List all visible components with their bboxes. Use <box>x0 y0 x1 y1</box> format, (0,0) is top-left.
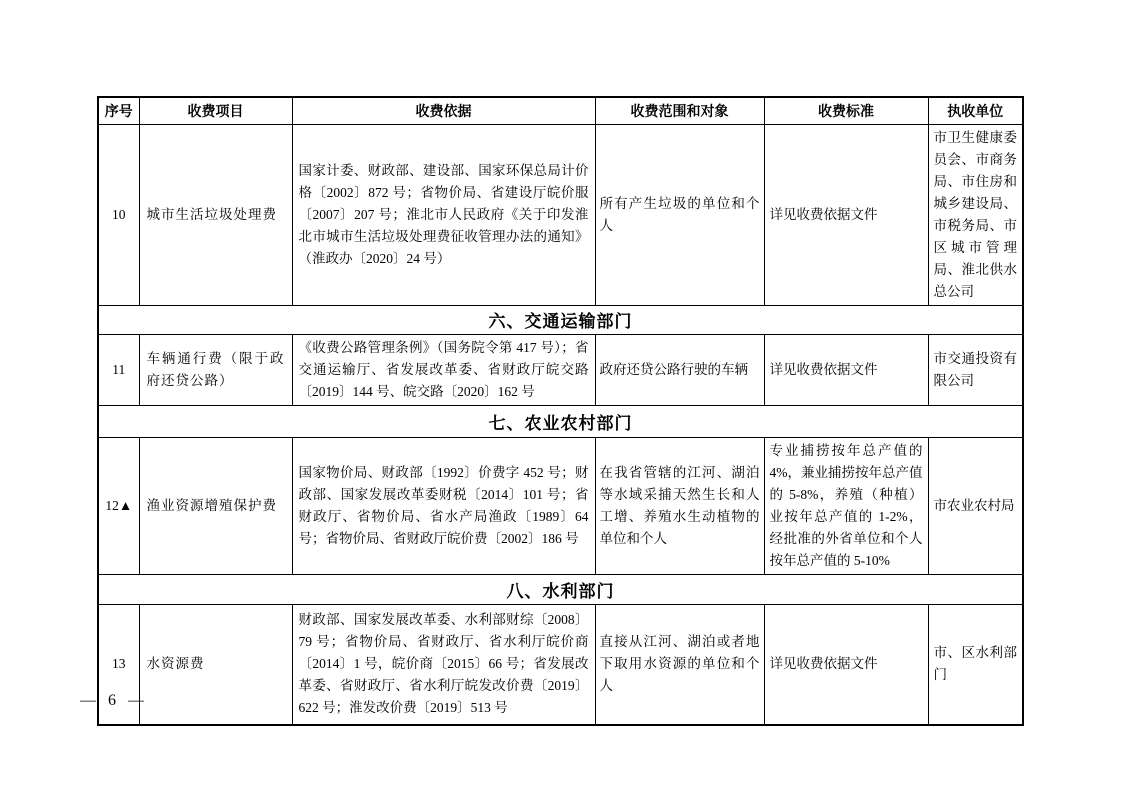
cell-fee-basis: 财政部、国家发展改革委、水利部财综〔2008〕79 号；省物价局、省财政厅、省水… <box>292 604 595 725</box>
document-page: 序号 收费项目 收费依据 收费范围和对象 收费标准 执收单位 10 城市生活垃圾… <box>0 0 1122 793</box>
cell-fee-basis: 国家物价局、财政部〔1992〕价费字 452 号；财政部、国家发展改革委财税〔2… <box>292 437 595 574</box>
cell-fee-basis: 《收费公路管理条例》（国务院令第 417 号）；省交通运输厅、省发展改革委、省财… <box>292 334 595 405</box>
column-header-fee-standard: 收费标准 <box>764 97 928 124</box>
cell-serial: 11 <box>98 334 139 405</box>
section-header-row: 七、农业农村部门 <box>98 405 1023 437</box>
cell-fee-standard: 详见收费依据文件 <box>764 604 928 725</box>
table-row: 13 水资源费 财政部、国家发展改革委、水利部财综〔2008〕79 号；省物价局… <box>98 604 1023 725</box>
column-header-serial: 序号 <box>98 97 139 124</box>
table-row: 10 城市生活垃圾处理费 国家计委、财政部、建设部、国家环保总局计价格〔2002… <box>98 124 1023 305</box>
page-number: — 6 — <box>80 692 148 710</box>
section-header-row: 六、交通运输部门 <box>98 305 1023 334</box>
cell-fee-item: 渔业资源增殖保护费 <box>139 437 292 574</box>
cell-fee-standard: 专业捕捞按年总产值的 4%，兼业捕捞按年总产值的 5-8%，养殖（种植）业按年总… <box>764 437 928 574</box>
cell-collecting-unit: 市、区水利部门 <box>928 604 1023 725</box>
table-row: 11 车辆通行费（限于政府还贷公路） 《收费公路管理条例》（国务院令第 417 … <box>98 334 1023 405</box>
cell-fee-scope: 所有产生垃圾的单位和个人 <box>595 124 764 305</box>
cell-fee-scope: 在我省管辖的江河、湖泊等水域采捕天然生长和人工增、养殖水生动植物的单位和个人 <box>595 437 764 574</box>
fee-table: 序号 收费项目 收费依据 收费范围和对象 收费标准 执收单位 10 城市生活垃圾… <box>97 96 1024 726</box>
column-header-fee-item: 收费项目 <box>139 97 292 124</box>
cell-collecting-unit: 市农业农村局 <box>928 437 1023 574</box>
cell-collecting-unit: 市交通投资有限公司 <box>928 334 1023 405</box>
table-header-row: 序号 收费项目 收费依据 收费范围和对象 收费标准 执收单位 <box>98 97 1023 124</box>
table-row: 12▲ 渔业资源增殖保护费 国家物价局、财政部〔1992〕价费字 452 号；财… <box>98 437 1023 574</box>
section-header-row: 八、水利部门 <box>98 574 1023 604</box>
cell-fee-standard: 详见收费依据文件 <box>764 124 928 305</box>
section-title-water: 八、水利部门 <box>98 574 1023 604</box>
column-header-fee-basis: 收费依据 <box>292 97 595 124</box>
cell-fee-basis: 国家计委、财政部、建设部、国家环保总局计价格〔2002〕872 号；省物价局、省… <box>292 124 595 305</box>
cell-fee-item: 城市生活垃圾处理费 <box>139 124 292 305</box>
cell-fee-item: 车辆通行费（限于政府还贷公路） <box>139 334 292 405</box>
cell-serial: 10 <box>98 124 139 305</box>
section-title-transport: 六、交通运输部门 <box>98 305 1023 334</box>
cell-fee-scope: 政府还贷公路行驶的车辆 <box>595 334 764 405</box>
column-header-collecting-unit: 执收单位 <box>928 97 1023 124</box>
section-title-agriculture: 七、农业农村部门 <box>98 405 1023 437</box>
cell-fee-scope: 直接从江河、湖泊或者地下取用水资源的单位和个人 <box>595 604 764 725</box>
cell-collecting-unit: 市卫生健康委员会、市商务局、市住房和城乡建设局、市税务局、市区城市管理局、淮北供… <box>928 124 1023 305</box>
cell-fee-standard: 详见收费依据文件 <box>764 334 928 405</box>
column-header-fee-scope: 收费范围和对象 <box>595 97 764 124</box>
cell-fee-item: 水资源费 <box>139 604 292 725</box>
cell-serial: 12▲ <box>98 437 139 574</box>
